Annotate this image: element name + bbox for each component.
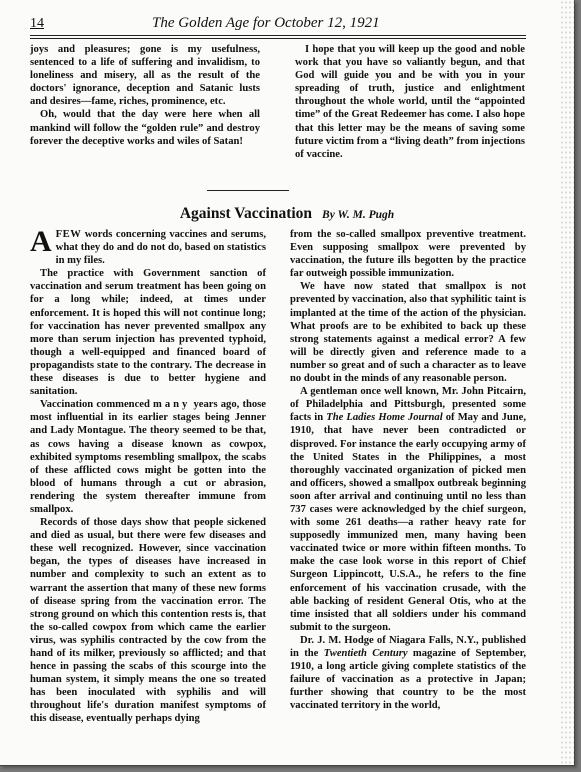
magazine-page: 14 The Golden Age for October 12, 1921 j…: [0, 0, 575, 766]
scan-edge-noise: [560, 0, 574, 765]
letter-left-column: joys and pleasures; gone is my usefulnes…: [30, 43, 260, 148]
paragraph-text: Vaccination commenced: [40, 399, 153, 410]
article-paragraph: AFEW words concerning vaccines and serum…: [30, 228, 266, 267]
paragraph-text: of May and June, 1910, that have never b…: [290, 412, 526, 633]
article-title: Against Vaccination: [180, 205, 312, 222]
article-paragraph: Dr. J. M. Hodge of Niagara Falls, N.Y., …: [290, 634, 526, 713]
article-heading: Against Vaccination By W. M. Pugh: [0, 205, 574, 223]
article-paragraph: A gentleman once well known, Mr. John Pi…: [290, 385, 526, 634]
publication-title: The Ladies Home Journal: [326, 412, 442, 423]
lead-words: FEW: [56, 229, 82, 240]
spaced-text: many: [153, 399, 190, 410]
header-double-rule: [30, 35, 526, 39]
article-right-column: from the so-called smallpox preventive t…: [290, 228, 526, 712]
article-paragraph: Records of those days show that people s…: [30, 516, 266, 726]
letter-paragraph: joys and pleasures; gone is my usefulnes…: [30, 43, 260, 108]
article-byline: By W. M. Pugh: [322, 209, 394, 221]
article-paragraph: We have now stated that smallpox is not …: [290, 280, 526, 385]
running-title: The Golden Age for October 12, 1921: [152, 15, 380, 32]
letter-right-column: I hope that you will keep up the good an…: [295, 43, 525, 161]
article-paragraph: Vaccination commenced many years ago, th…: [30, 398, 266, 516]
drop-cap: A: [30, 229, 52, 255]
page-header: 14 The Golden Age for October 12, 1921: [30, 16, 530, 32]
paragraph-text: years ago, those most influential in its…: [30, 399, 266, 515]
letter-paragraph: Oh, would that the day were here when al…: [30, 108, 260, 147]
article-left-column: AFEW words concerning vaccines and serum…: [30, 228, 266, 726]
paragraph-text: words concerning vaccines and serums, wh…: [56, 229, 266, 266]
publication-title: Twentieth Century: [324, 648, 408, 659]
section-divider: [207, 190, 289, 191]
letter-paragraph: I hope that you will keep up the good an…: [295, 43, 525, 161]
article-paragraph: The practice with Government sanction of…: [30, 267, 266, 398]
article-paragraph: from the so-called smallpox preventive t…: [290, 228, 526, 280]
page-number: 14: [30, 16, 44, 32]
